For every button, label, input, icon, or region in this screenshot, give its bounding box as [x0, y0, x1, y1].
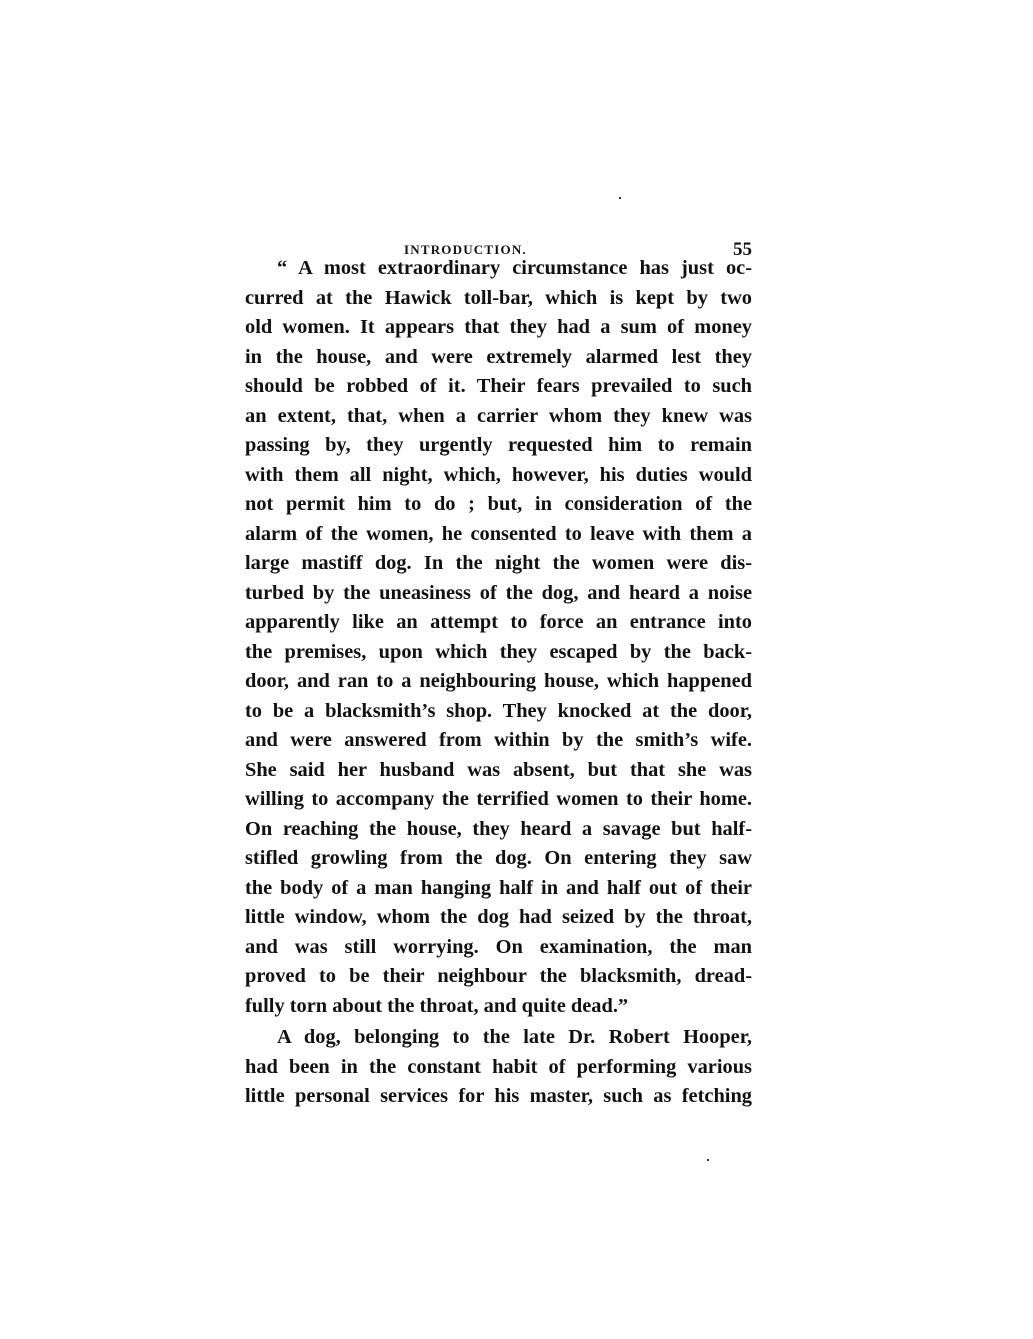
scan-speck	[707, 1159, 709, 1161]
paragraph: A dog, belonging to the late Dr. Robert …	[245, 1023, 752, 1112]
text-line: and was still worrying. On examination, …	[245, 933, 752, 963]
text-line: apparently like an attempt to force an e…	[245, 608, 752, 638]
text-line: fully torn about the throat, and quite d…	[245, 992, 752, 1022]
text-line: She said her husband was absent, but tha…	[245, 756, 752, 786]
text-line: and were answered from within by the smi…	[245, 726, 752, 756]
text-line: A dog, belonging to the late Dr. Robert …	[245, 1023, 752, 1053]
text-line: should be robbed of it. Their fears prev…	[245, 372, 752, 402]
text-line: large mastiff dog. In the night the wome…	[245, 549, 752, 579]
text-line: little window, whom the dog had seized b…	[245, 903, 752, 933]
text-line: stifled growling from the dog. On enteri…	[245, 844, 752, 874]
text-line: alarm of the women, he consented to leav…	[245, 520, 752, 550]
body-text: “ A most extraordinary circumstance has …	[245, 254, 752, 1112]
text-line: passing by, they urgently requested him …	[245, 431, 752, 461]
text-line: curred at the Hawick toll-bar, which is …	[245, 284, 752, 314]
text-line: had been in the constant habit of perfor…	[245, 1053, 752, 1083]
text-line: in the house, and were extremely alarmed…	[245, 343, 752, 373]
text-line: “ A most extraordinary circumstance has …	[245, 254, 752, 284]
text-line: On reaching the house, they heard a sava…	[245, 815, 752, 845]
scan-speck	[619, 197, 621, 199]
text-line: the body of a man hanging half in and ha…	[245, 874, 752, 904]
text-line: turbed by the uneasiness of the dog, and…	[245, 579, 752, 609]
text-line: door, and ran to a neighbouring house, w…	[245, 667, 752, 697]
quoted-paragraph: “ A most extraordinary circumstance has …	[245, 254, 752, 1021]
text-line: the premises, upon which they escaped by…	[245, 638, 752, 668]
text-line: little personal services for his master,…	[245, 1082, 752, 1112]
text-line: with them all night, which, however, his…	[245, 461, 752, 491]
text-line: an extent, that, when a carrier whom the…	[245, 402, 752, 432]
text-line: proved to be their neighbour the blacksm…	[245, 962, 752, 992]
text-line: old women. It appears that they had a su…	[245, 313, 752, 343]
book-page: INTRODUCTION. 55 “ A most extraordinary …	[0, 0, 1033, 1339]
text-line: to be a blacksmith’s shop. They knocked …	[245, 697, 752, 727]
text-line: willing to accompany the terrified women…	[245, 785, 752, 815]
text-line: not permit him to do ; but, in considera…	[245, 490, 752, 520]
